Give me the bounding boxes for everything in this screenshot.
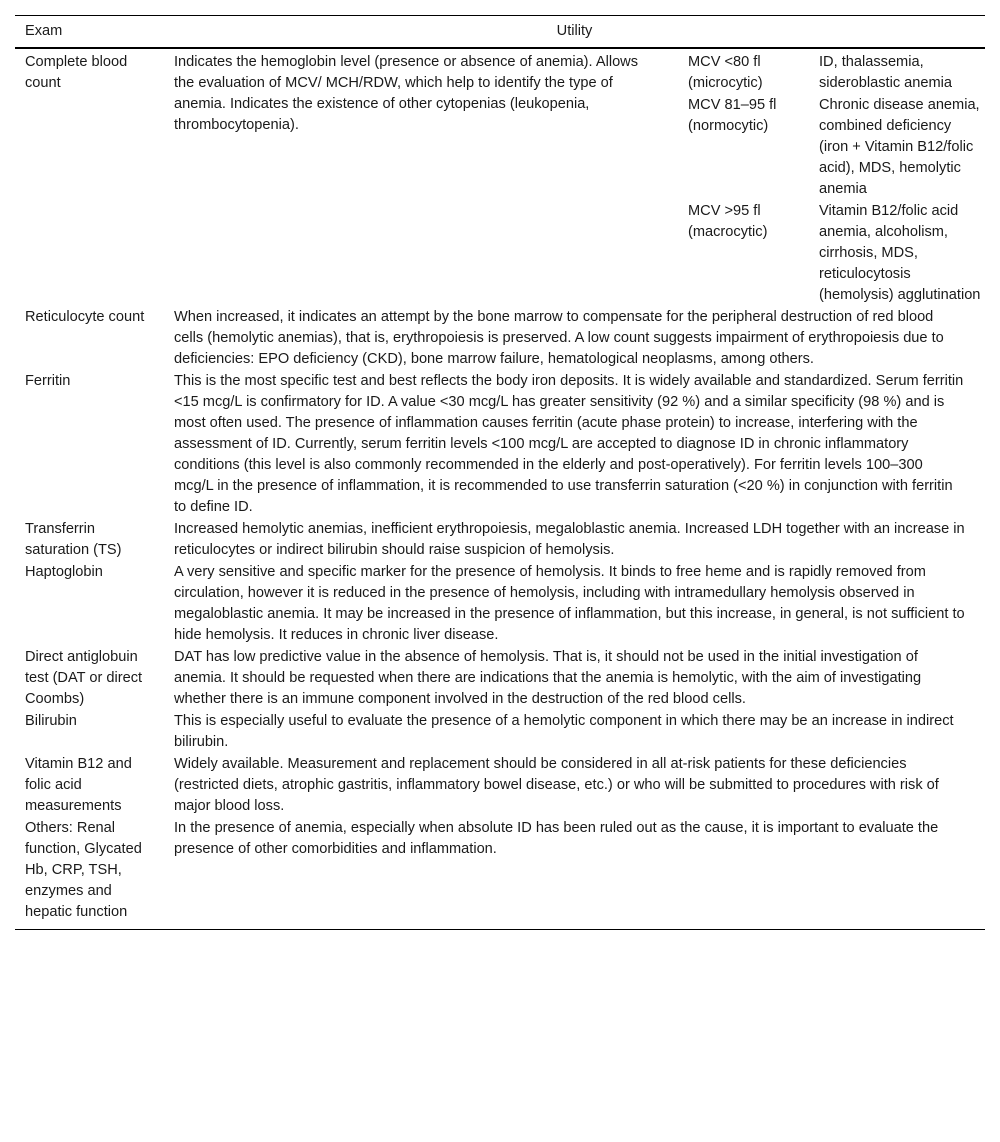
table-row: Haptoglobin A very sensitive and specifi… (15, 562, 985, 647)
exam-cell: Ferritin (15, 371, 164, 519)
exam-cell: Complete blood count (15, 48, 164, 307)
utility-cell: This is especially useful to evaluate th… (164, 711, 985, 754)
exam-cell: Reticulocyte count (15, 307, 164, 371)
utility-cell: Increased hemolytic anemias, inefficient… (164, 519, 985, 562)
header-utility: Utility (164, 16, 985, 49)
table-row: Transferrin saturation (TS) Increased he… (15, 519, 985, 562)
utility-cell: When increased, it indicates an attempt … (164, 307, 985, 371)
utility-cell: In the presence of anemia, especially wh… (164, 818, 985, 930)
utility-cell: A very sensitive and specific marker for… (164, 562, 985, 647)
table-row: Ferritin This is the most specific test … (15, 371, 985, 519)
mcv-range-cell: MCV >95 fl (macrocytic) (674, 201, 805, 307)
mcv-range-cell: MCV 81–95 fl (normocytic) (674, 95, 805, 201)
exam-cell: Vitamin B12 and folic acid measurements (15, 754, 164, 818)
utility-cell: DAT has low predictive value in the abse… (164, 647, 985, 711)
mcv-interpretation-cell: ID, thalassemia, sideroblastic anemia (805, 48, 985, 95)
table-row: Others: Renal function, Glycated Hb, CRP… (15, 818, 985, 930)
anemia-exams-table: Exam Utility Complete blood count Indica… (15, 15, 985, 930)
table-row: Reticulocyte count When increased, it in… (15, 307, 985, 371)
table-row: Vitamin B12 and folic acid measurements … (15, 754, 985, 818)
exam-cell: Direct antiglobuin test (DAT or direct C… (15, 647, 164, 711)
header-exam: Exam (15, 16, 164, 49)
utility-cell: Indicates the hemoglobin level (presence… (164, 48, 674, 307)
exam-cell: Haptoglobin (15, 562, 164, 647)
utility-cell: Widely available. Measurement and replac… (164, 754, 985, 818)
exam-cell: Transferrin saturation (TS) (15, 519, 164, 562)
exam-cell: Bilirubin (15, 711, 164, 754)
table-row: Bilirubin This is especially useful to e… (15, 711, 985, 754)
table-row: Direct antiglobuin test (DAT or direct C… (15, 647, 985, 711)
table-header-row: Exam Utility (15, 16, 985, 49)
mcv-interpretation-cell: Vitamin B12/folic acid anemia, alcoholis… (805, 201, 985, 307)
mcv-range-cell: MCV <80 fl (microcytic) (674, 48, 805, 95)
mcv-interpretation-cell: Chronic disease anemia, combined deficie… (805, 95, 985, 201)
utility-cell: This is the most specific test and best … (164, 371, 985, 519)
exam-cell: Others: Renal function, Glycated Hb, CRP… (15, 818, 164, 930)
table-row: Complete blood count Indicates the hemog… (15, 48, 985, 95)
